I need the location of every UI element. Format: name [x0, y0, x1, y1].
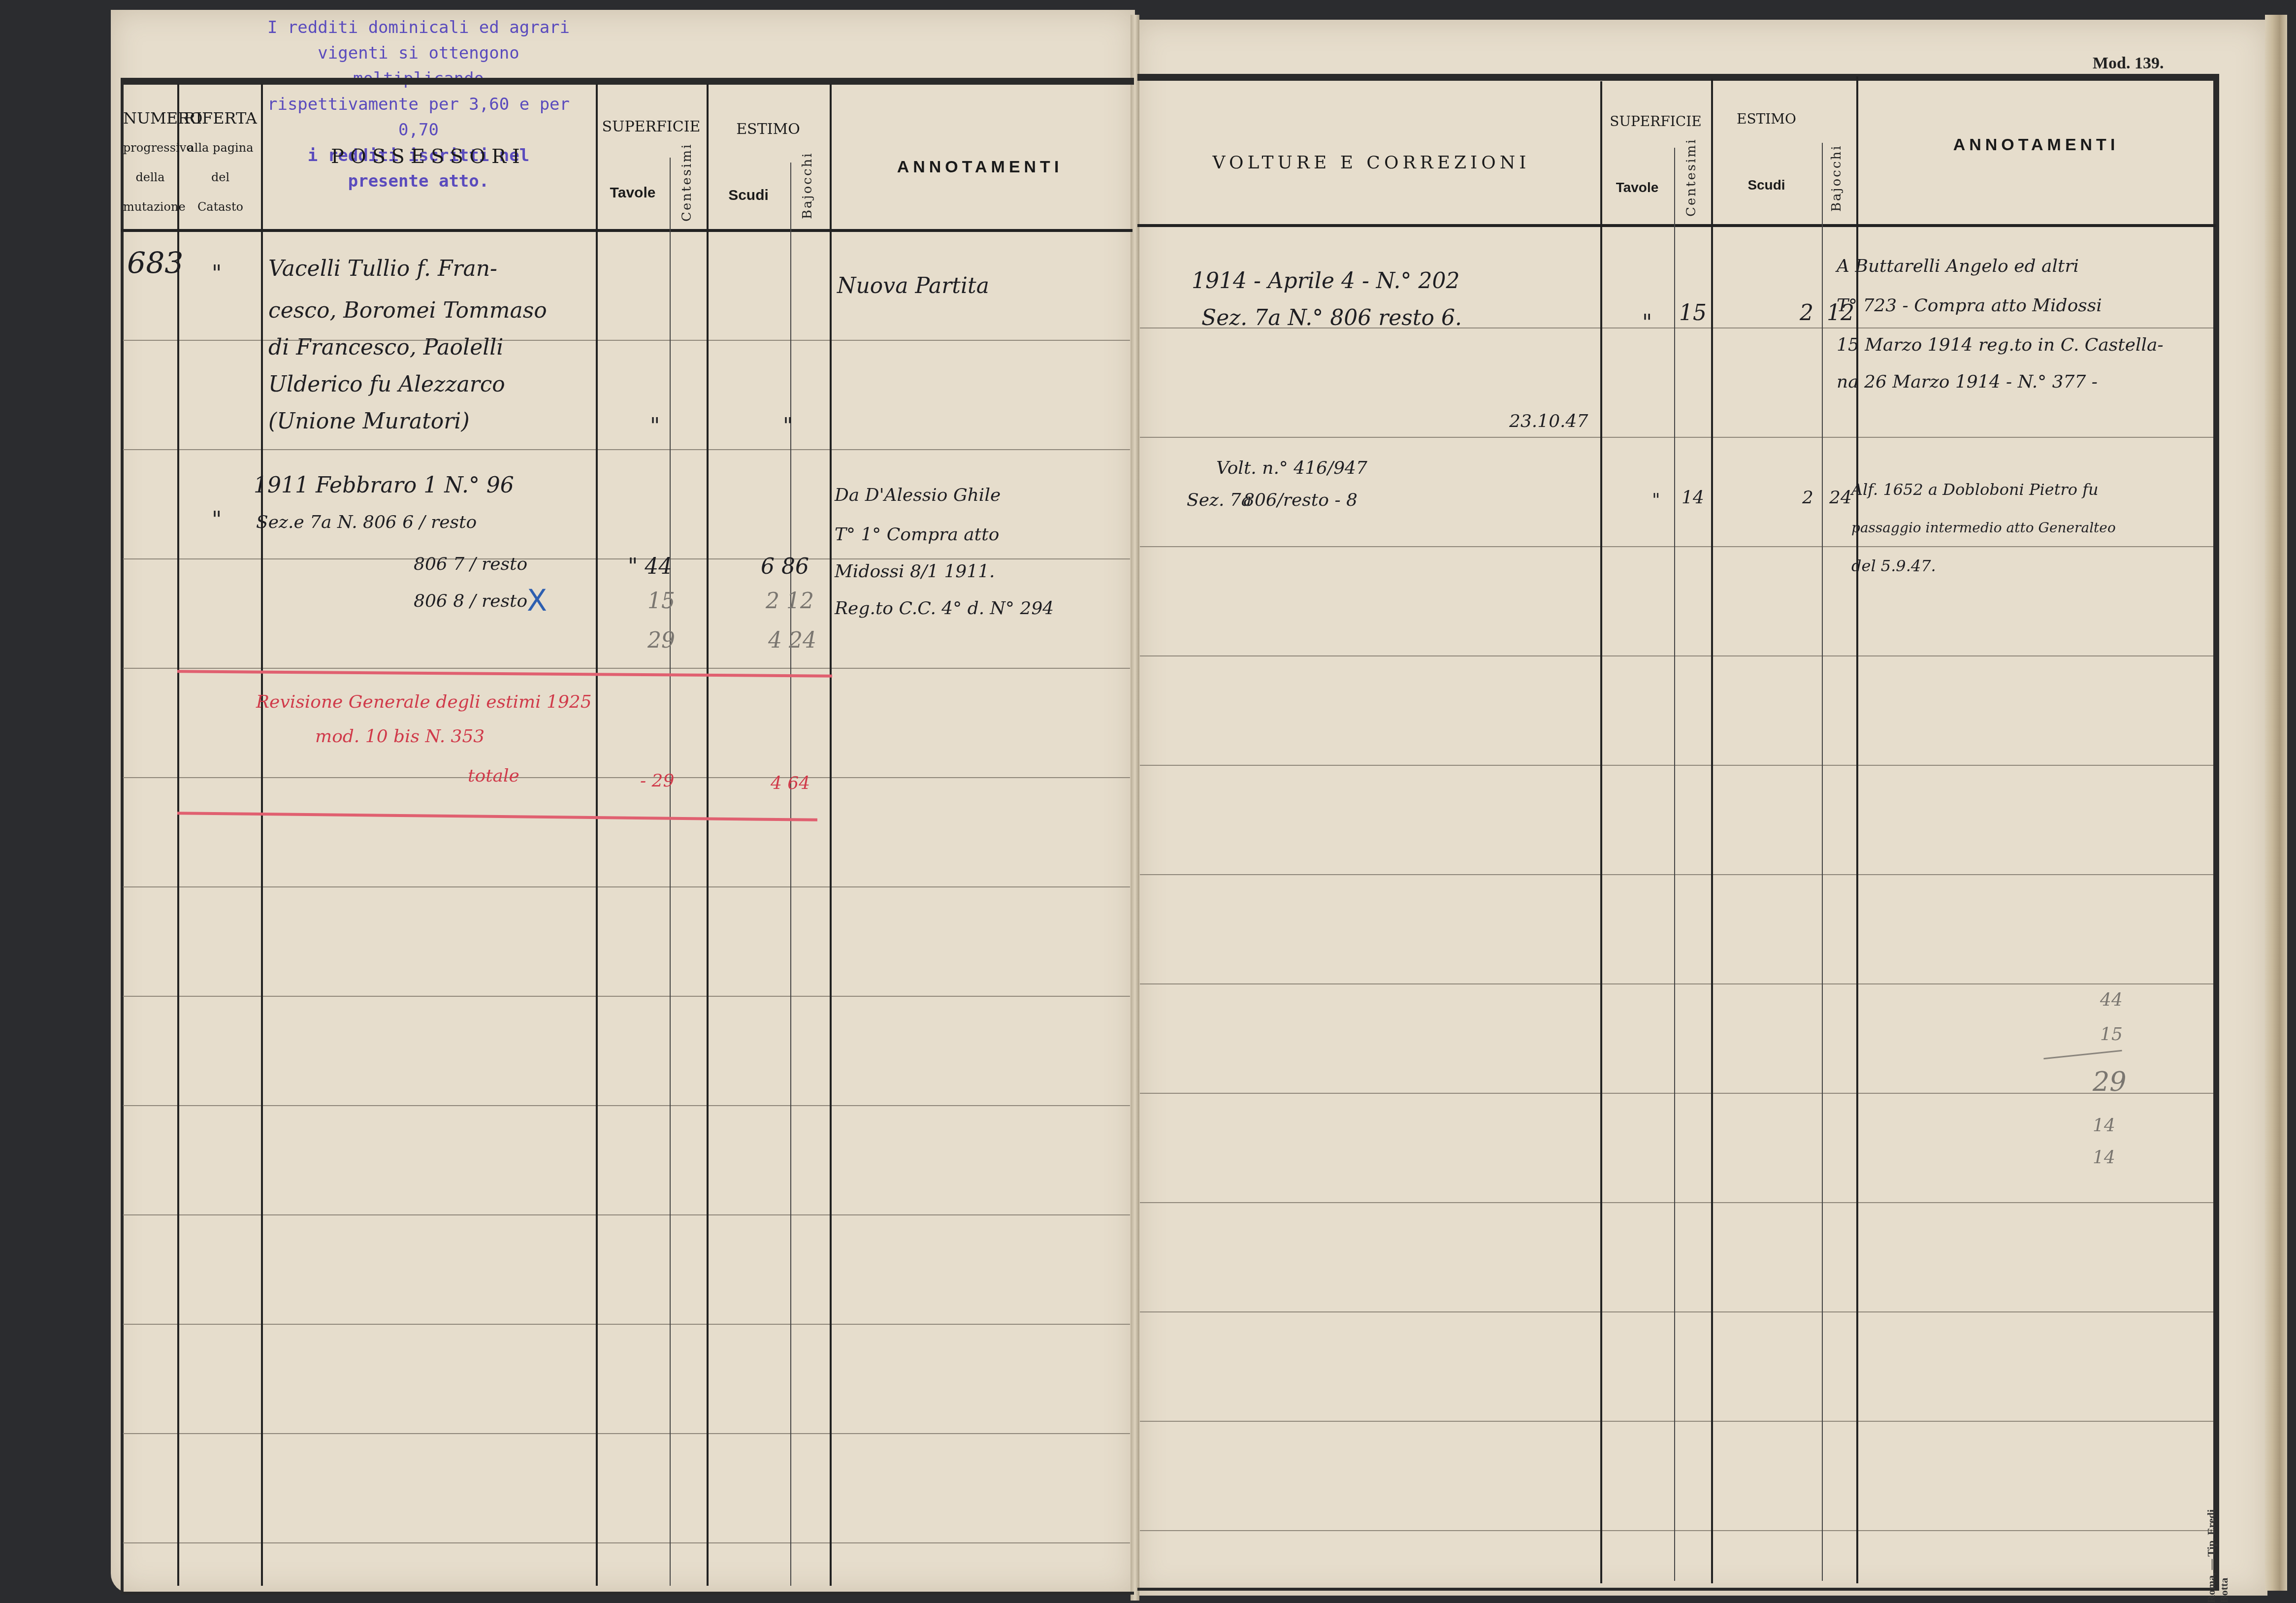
transfer-line: 1911 Febbraro 1 N.° 96 [254, 473, 514, 498]
header-bajocchi-right: Bajocchi [1829, 163, 1844, 212]
ruled-line [123, 1433, 1130, 1434]
date-note: 23.10.47 [1509, 411, 1588, 431]
tavole-value-pencil: 15 [647, 589, 675, 614]
printer-imprint: Roma, — Tip. Eredi Botta [2205, 1507, 2231, 1603]
annotation-line: Alf. 1652 a Dobloboni Pietro fu [1851, 480, 2099, 499]
pencil-number: 44 [2100, 990, 2123, 1010]
bajocchi-value: 24 [1829, 488, 1852, 508]
header-annotamenti-right: ANNOTAMENTI [1856, 135, 2216, 155]
col-divider [261, 84, 263, 1586]
scudi-value-pencil: 2 12 [766, 589, 814, 614]
header-estimo: ESTIMO [707, 121, 830, 138]
transfer-line: Sez.e 7a N. 806 6 / resto [256, 512, 477, 532]
annotation-line: na 26 Marzo 1914 - N.° 377 - [1837, 372, 2098, 392]
scudi-value: 6 86 [761, 554, 809, 579]
volture-line: Sez. 7a [1187, 490, 1252, 510]
col-divider [1600, 81, 1602, 1583]
ruled-line [1140, 655, 2213, 656]
col-divider [790, 163, 791, 1586]
centesimi-value: 15 [1679, 300, 1707, 326]
volture-line: Sez. 7a N.° 806 resto 6. [1201, 305, 1462, 330]
header-annotamenti-left: ANNOTAMENTI [830, 158, 1130, 177]
col-divider [1711, 79, 1713, 1583]
possessori-line: di Francesco, Paolelli [268, 335, 503, 360]
volture-line: Volt. n.° 416/947 [1216, 458, 1367, 478]
ruled-line [123, 1324, 1130, 1325]
ruled-line [123, 1214, 1130, 1215]
header-superficie: SUPERFICIE [596, 118, 707, 135]
scudi-ditto: " [783, 414, 793, 439]
col-divider [670, 158, 671, 1586]
ruled-line [1140, 1421, 2213, 1422]
total-label: totale [468, 766, 519, 786]
possessori-line: Vacelli Tullio f. Fran- [268, 256, 497, 281]
annotation-nuova-partita: Nuova Partita [837, 273, 989, 298]
pencil-number: 29 [2093, 1066, 2127, 1097]
ruled-line [1140, 437, 2213, 438]
blue-x-mark: X [527, 584, 547, 618]
ruled-line [1140, 983, 2213, 984]
pencil-number: 14 [2093, 1115, 2115, 1136]
col-divider [177, 84, 179, 1586]
header-tavole-right: Tavole [1600, 180, 1674, 196]
tavole-value: " 44 [628, 554, 672, 579]
header-tavole: Tavole [596, 185, 670, 201]
ruled-line [1140, 765, 2213, 766]
volture-line: 1914 - Aprile 4 - N.° 202 [1192, 268, 1459, 294]
tavole-ditto-right: " [1642, 310, 1652, 335]
annotation-line: Midossi 8/1 1911. [835, 561, 995, 582]
riferta-ditto: " [212, 507, 222, 532]
tavole-sum-pencil: 29 [647, 628, 675, 653]
header-divider-right [1137, 224, 2216, 227]
header-numero: NUMERO progressivo della mutazione [123, 103, 177, 222]
ruled-line [123, 996, 1130, 997]
ruled-line [123, 1542, 1130, 1543]
ruled-line [1140, 1530, 2213, 1531]
annotation-line: passaggio intermedio atto Generalteo [1851, 520, 2116, 536]
revision-form: mod. 10 bis N. 353 [315, 726, 485, 747]
annotation-line: del 5.9.47. [1851, 556, 1936, 575]
ruled-line [1140, 874, 2213, 875]
pencil-number: 14 [2093, 1147, 2115, 1168]
tavole-ditto: " [650, 414, 660, 439]
transfer-line: 806 8 / resto [414, 591, 527, 611]
header-divider-left [121, 229, 1132, 232]
page-edges [2265, 15, 2287, 1591]
scudi-value-right: 2 [1802, 488, 1813, 508]
ruled-line [123, 668, 1130, 669]
revision-note: Revisione Generale degli estimi 1925 [256, 692, 592, 712]
header-bajocchi: Bajocchi [800, 170, 815, 219]
ruled-line [1140, 546, 2213, 547]
annotation-line: Reg.to C.C. 4° d. N° 294 [835, 598, 1054, 619]
possessori-line: cesco, Boromei Tommaso [268, 298, 547, 323]
form-code: Mod. 139. [2093, 54, 2164, 73]
possessori-line: (Unione Muratori) [268, 409, 470, 434]
transfer-line: 806 7 / resto [414, 554, 527, 574]
tavole-ditto-right: " [1652, 490, 1660, 510]
ruled-line [123, 886, 1130, 887]
stamp-line: I redditi dominicali ed agrari [266, 15, 571, 40]
header-scudi: Scudi [707, 187, 790, 204]
ruled-line [1140, 1311, 2213, 1312]
ruled-line [123, 1105, 1130, 1106]
col-divider [830, 84, 832, 1586]
header-superficie-right: SUPERFICIE [1600, 113, 1711, 130]
ruled-line [1140, 1093, 2213, 1094]
scudi-sum-pencil: 4 24 [768, 628, 816, 653]
possessori-line: Ulderico fu Alezzarco [268, 372, 505, 397]
ruled-line [123, 777, 1130, 778]
header-volture: VOLTURE E CORREZIONI [1142, 153, 1600, 173]
col-divider [1822, 143, 1823, 1581]
mutation-number: 683 [127, 246, 184, 281]
annotation-line: 15 Marzo 1914 reg.to in C. Castella- [1837, 335, 2164, 355]
annotation-line: T° 723 - Compra atto Midossi [1837, 295, 2102, 316]
header-estimo-right: ESTIMO [1711, 111, 1822, 127]
header-centesimi: Centesimi [679, 167, 694, 222]
col-divider [707, 84, 709, 1586]
riferta-ditto: " [212, 261, 222, 286]
header-possessori: POSSESSORI [261, 145, 596, 168]
centesimi-value: 14 [1682, 488, 1704, 508]
total-scudi: 4 64 [771, 773, 810, 793]
header-riferta: RIFERTA alla pagina del Catasto [180, 103, 261, 222]
ruled-line [123, 449, 1130, 450]
col-divider [596, 84, 598, 1586]
annotation-line: Da D'Alessio Ghile [835, 485, 1001, 505]
header-scudi-right: Scudi [1711, 177, 1822, 193]
annotation-line: A Buttarelli Angelo ed altri [1837, 256, 2079, 276]
ruled-line [123, 558, 1130, 559]
total-tavole: - 29 [640, 771, 674, 791]
pencil-number: 15 [2100, 1024, 2123, 1045]
annotation-line: T° 1° Compra atto [835, 524, 999, 545]
ruled-line [1140, 1202, 2213, 1203]
col-divider [1674, 148, 1675, 1581]
volture-line: 806/resto - 8 [1243, 490, 1358, 510]
scudi-value-right: 2 [1800, 300, 1813, 326]
header-centesimi-right: Centesimi [1684, 163, 1699, 217]
